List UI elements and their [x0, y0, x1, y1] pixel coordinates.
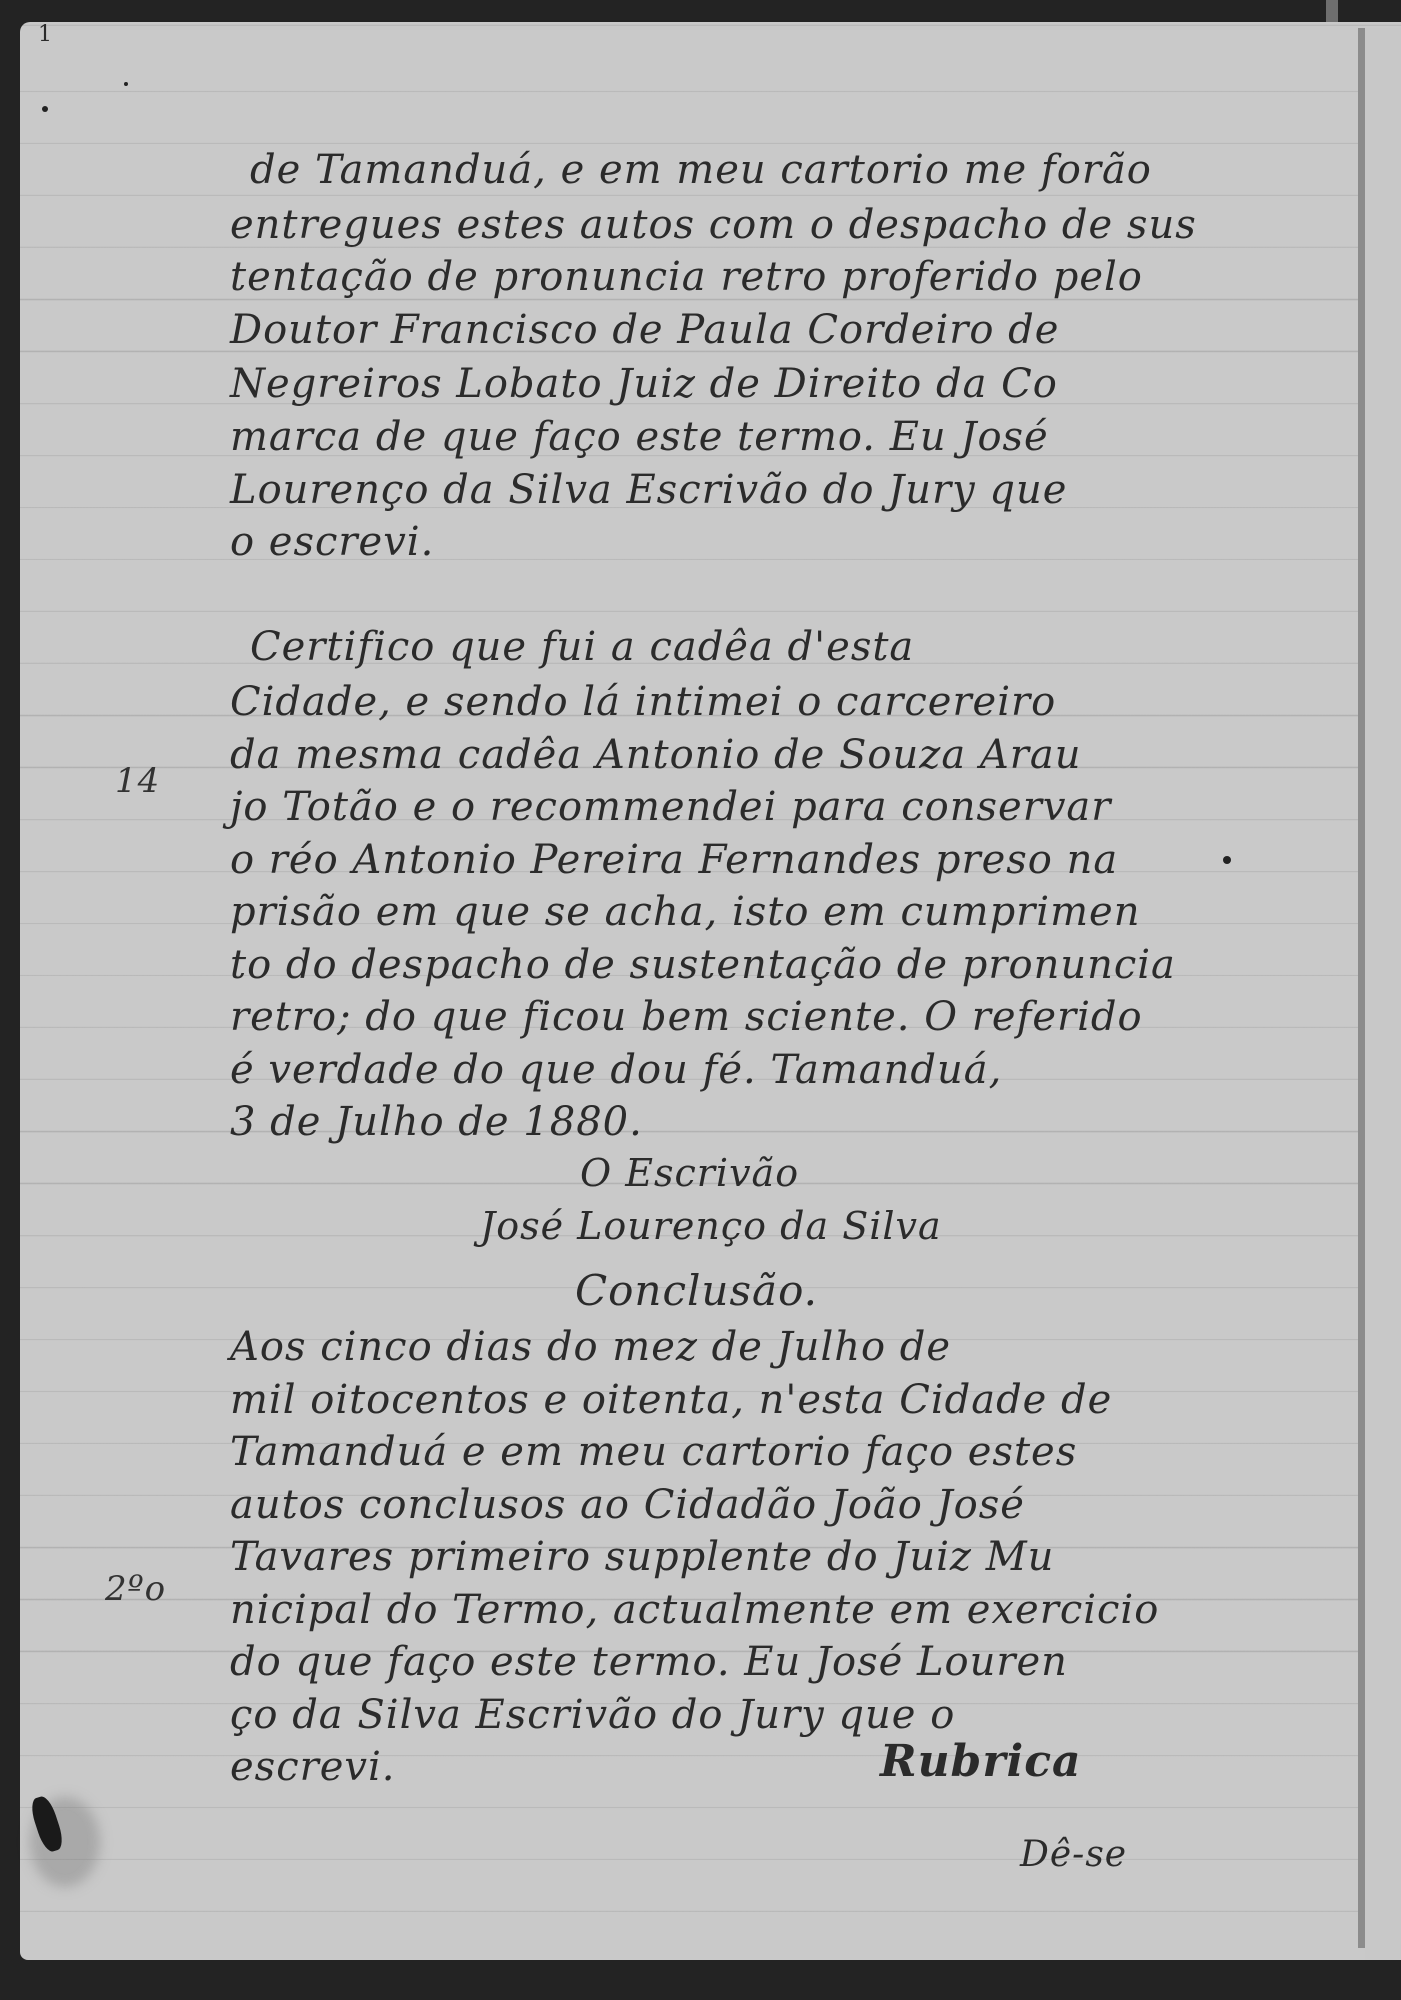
text-line: autos conclusos ao Cidadão João José [230, 1485, 1025, 1525]
section-heading: Conclusão. [575, 1270, 818, 1312]
text-line: é verdade do que dou fé. Tamanduá, [230, 1050, 1002, 1090]
manuscript-page: 1 de Tamanduá, e em meu cartorio me forã… [20, 22, 1401, 1960]
text-line: entregues estes autos com o despacho de … [230, 205, 1197, 245]
text-line: Lourenço da Silva Escrivão do Jury que [230, 470, 1067, 510]
text-line: Aos cinco dias do mez de Julho de [230, 1327, 951, 1367]
text-line: Cidade, e sendo lá intimei o carcereiro [230, 682, 1056, 722]
text-line: Tavares primeiro supplente do Juiz Mu [230, 1537, 1054, 1577]
text-line: do que faço este termo. Eu José Louren [230, 1642, 1068, 1682]
text-line: Negreiros Lobato Juiz de Direito da Co [230, 364, 1058, 404]
text-line: jo Totão e o recommendei para conservar [230, 787, 1111, 827]
ink-speck [124, 82, 128, 86]
margin-note-fee: 2ºo [105, 1572, 166, 1606]
text-line: ço da Silva Escrivão do Jury que o [230, 1695, 955, 1735]
adjacent-page-edge [1365, 28, 1401, 1960]
rubric-signature: Rubrica [880, 1740, 1082, 1784]
text-line: Tamanduá e em meu cartorio faço estes [230, 1432, 1077, 1472]
text-line: da mesma cadêa Antonio de Souza Arau [230, 735, 1082, 775]
ink-speck [42, 106, 48, 112]
text-line: mil oitocentos e oitenta, n'esta Cidade … [230, 1380, 1112, 1420]
text-line: marca de que faço este termo. Eu José [230, 417, 1049, 457]
text-line: nicipal do Termo, actualmente em exercic… [230, 1590, 1159, 1630]
text-line: retro; do que ficou bem sciente. O refer… [230, 997, 1143, 1037]
text-line: escrevi. [230, 1747, 396, 1787]
closing-signature: Dê-se [1020, 1837, 1127, 1873]
text-line: Certifico que fui a cadêa d'esta [250, 627, 914, 667]
book-binding-gutter [1358, 28, 1365, 1948]
text-line: tentação de pronuncia retro proferido pe… [230, 257, 1143, 297]
page-top-mark: 1 [38, 24, 53, 46]
text-line: Doutor Francisco de Paula Cordeiro de [230, 310, 1059, 350]
text-line: de Tamanduá, e em meu cartorio me forão [250, 150, 1152, 190]
margin-note-folio: 14 [115, 764, 160, 798]
text-line: to do despacho de sustentação de pronunc… [230, 945, 1176, 985]
text-line: o escrevi. [230, 522, 434, 562]
signature-title: O Escrivão [580, 1154, 799, 1192]
text-line: 3 de Julho de 1880. [230, 1102, 643, 1142]
text-line: o réo Antonio Pereira Fernandes preso na [230, 840, 1118, 880]
signature-name: José Lourenço da Silva [480, 1207, 942, 1245]
ink-speck [1223, 856, 1231, 864]
text-line: prisão em que se acha, isto em cumprimen [230, 892, 1140, 932]
